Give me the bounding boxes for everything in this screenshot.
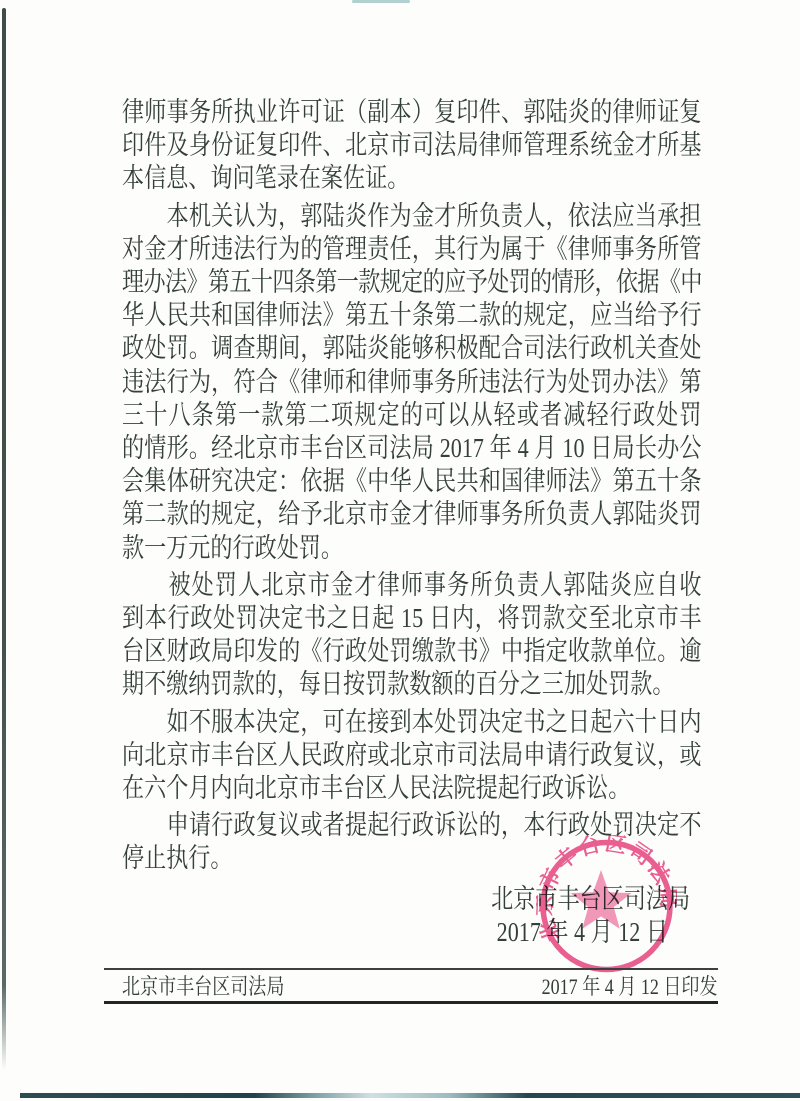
- body-text-lines: 律师事务所执业许可证（副本）复印件、郭陆炎的律师证复印件及身份证复印件、北京市司…: [122, 96, 701, 876]
- body-text-line: 的情形。经北京市丰台区司法局 2017 年 4 月 10 日局长办公: [122, 432, 701, 465]
- body-text-line: 在六个月内向北京市丰台区人民法院提起行政诉讼。: [122, 772, 701, 805]
- body-text-line: 款一万元的行政处罚。: [122, 532, 701, 565]
- footer-rule-top: [104, 968, 718, 970]
- body-text-line: 理办法》第五十四条第一款规定的应予处罚的情形，依据《中: [122, 266, 701, 299]
- footer-rule-bottom: [104, 1001, 718, 1004]
- scan-smudge: [352, 0, 410, 3]
- seal-star-icon: [571, 870, 632, 929]
- footer-print-date: 2017 年 4 月 12 日印发: [542, 975, 718, 999]
- document-body: 律师事务所执业许可证（副本）复印件、郭陆炎的律师证复印件及身份证复印件、北京市司…: [122, 96, 701, 949]
- body-text-line: 政处罚。调查期间，郭陆炎能够积极配合司法行政机关查处: [122, 332, 701, 365]
- body-text-line: 台区财政局印发的《行政处罚缴款书》中指定收款单位。逾: [122, 635, 701, 668]
- body-text-line: 华人民共和国律师法》第五十条第二款的规定，应当给予行: [122, 299, 701, 332]
- body-text-line: 三十八条第一款第二项规定的可以从轻或者减轻行政处罚: [122, 399, 701, 432]
- document-page: 律师事务所执业许可证（副本）复印件、郭陆炎的律师证复印件及身份证复印件、北京市司…: [0, 0, 800, 1101]
- footer-issuer: 北京市丰台区司法局: [122, 975, 284, 999]
- body-text-line: 向北京市丰台区人民政府或北京市司法局申请行政复议，或: [122, 739, 701, 772]
- body-text-line: 到本行政处罚决定书之日起 15 日内，将罚款交至北京市丰: [122, 602, 701, 635]
- body-text-line: 违法行为，符合《律师和律师事务所违法行为处罚办法》第: [122, 366, 701, 399]
- body-text-line: 本机关认为，郭陆炎作为金才所负责人，依法应当承担: [122, 200, 701, 233]
- scan-edge-bottom: [20, 1093, 800, 1098]
- body-text-line: 第二款的规定，给予北京市金才律师事务所负责人郭陆炎罚: [122, 498, 701, 531]
- body-text-line: 律师事务所执业许可证（副本）复印件、郭陆炎的律师证复: [122, 96, 701, 129]
- body-text-line: 如不服本决定，可在接到本处罚决定书之日起六十日内: [122, 706, 701, 739]
- body-text-line: 被处罚人北京市金才律师事务所负责人郭陆炎应自收: [122, 569, 701, 602]
- body-text-line: 印件及身份证复印件、北京市司法局律师管理系统金才所基: [122, 129, 701, 162]
- body-text-line: 期不缴纳罚款的，每日按罚款数额的百分之三加处罚款。: [122, 668, 701, 701]
- official-seal: 北京市丰台区司法局: [536, 835, 677, 977]
- body-text-line: 对金才所违法行为的管理责任，其行为属于《律师事务所管: [122, 233, 701, 266]
- body-text-line: 会集体研究决定：依据《中华人民共和国律师法》第五十条: [122, 465, 701, 498]
- scan-edge-left: [2, 8, 6, 1070]
- body-text-line: 本信息、询问笔录在案佐证。: [122, 162, 701, 195]
